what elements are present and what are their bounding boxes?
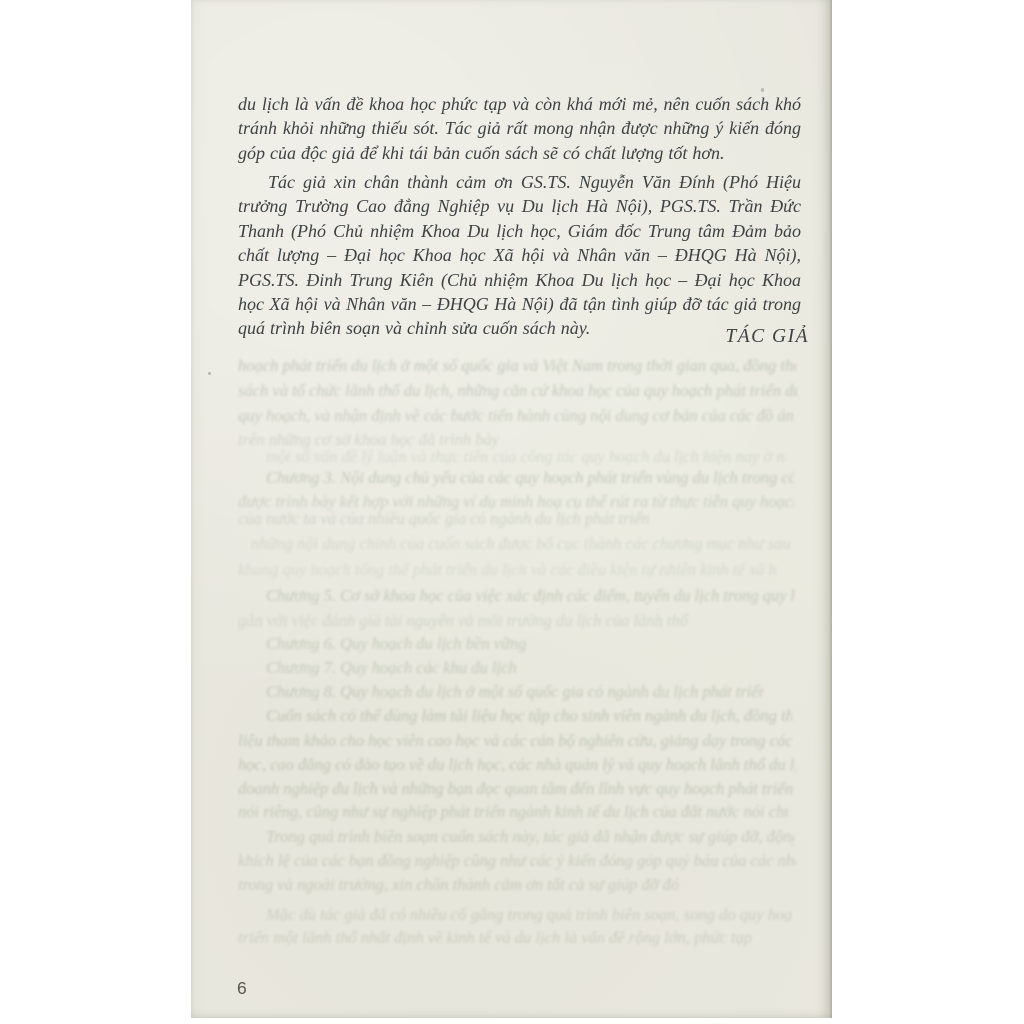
bleedthrough-line: Cuốn sách có thể dùng làm tài liệu học t…	[266, 706, 792, 726]
bleedthrough-line: một số vấn đề lý luận và thực tiễn của c…	[266, 447, 786, 467]
bleedthrough-line: của nước ta và của nhiều quốc gia có ngà…	[238, 509, 668, 529]
scanned-book-page: du lịch là vấn đề khoa học phức tạp và c…	[0, 0, 1024, 1024]
bleedthrough-line: Mặc dù tác giả đã có nhiều cố gắng trong…	[266, 905, 792, 925]
body-paragraph-2: Tác giả xin chân thành cảm ơn GS.TS. Ngu…	[238, 170, 801, 341]
bleedthrough-line: Chương 8. Quy hoạch du lịch ở một số quố…	[266, 682, 764, 702]
bleedthrough-line: nói riêng, cũng như sự nghiệp phát triển…	[238, 802, 788, 822]
page-number: 6	[237, 978, 247, 999]
bleedthrough-line: sách và tổ chức lãnh thổ du lịch, những …	[238, 381, 798, 401]
bleedthrough-line: học, cao đẳng có đào tạo về du lịch học,…	[238, 755, 796, 775]
bleedthrough-line: triển một lãnh thổ nhất định về kinh tế …	[238, 928, 756, 948]
bleedthrough-line: Chương 3. Nội dung chủ yếu của các quy h…	[266, 468, 794, 488]
bleedthrough-line: Chương 6. Quy hoạch du lịch bền vững	[266, 634, 616, 654]
bleedthrough-line: những nội dung chính của cuốn sách được …	[251, 534, 795, 554]
bleedthrough-line: Trong quá trình biên soạn cuốn sách này,…	[266, 827, 794, 847]
bleedthrough-line: Chương 5. Cơ sở khoa học của việc xác đị…	[266, 586, 794, 606]
bleedthrough-line: trên những cơ sở khoa học đã trình bày	[238, 430, 538, 450]
bleedthrough-line: quy hoạch, và nhận định về các bước tiến…	[238, 406, 794, 426]
bleedthrough-line: gắn với việc đánh giá tài nguyên và môi …	[238, 611, 716, 631]
body-paragraph-1: du lịch là vấn đề khoa học phức tạp và c…	[238, 92, 801, 165]
paper-sheet: du lịch là vấn đề khoa học phức tạp và c…	[191, 0, 832, 1018]
bleedthrough-line: được trình bày kết hợp với những ví dụ m…	[238, 492, 794, 512]
paper-speck	[208, 372, 211, 375]
bleedthrough-line: doanh nghiệp du lịch và những bạn đọc qu…	[238, 779, 796, 799]
bleedthrough-line: hoạch phát triển du lịch ở một số quốc g…	[238, 356, 796, 376]
author-signature: TÁC GIẢ	[238, 326, 809, 348]
bleedthrough-line: liệu tham khảo cho học viên cao học và c…	[238, 731, 796, 751]
paper-speck	[761, 88, 764, 92]
bleedthrough-line: khích lệ của các bạn đồng nghiệp cũng nh…	[238, 851, 796, 871]
bleedthrough-line: khung quy hoạch tổng thể phát triển du l…	[238, 560, 776, 580]
bleedthrough-line: trong và ngoài trường, xin chân thành cả…	[238, 875, 706, 895]
bleedthrough-line: Chương 7. Quy hoạch các khu du lịch	[266, 658, 588, 678]
